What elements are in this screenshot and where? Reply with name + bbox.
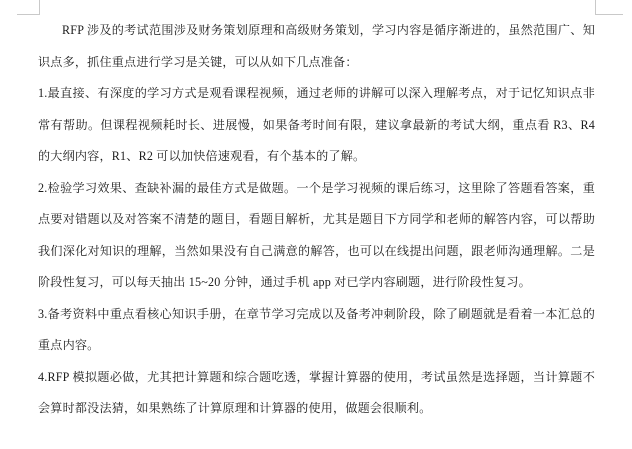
document-page: RFP 涉及的考试范围涉及财务策划原理和高级财务策划，学习内容是循序渐进的，虽然… — [0, 0, 632, 449]
crop-mark-top-right-icon — [595, 0, 623, 15]
paragraph-point-1: 1.最直接、有深度的学习方式是观看课程视频，通过老师的讲解可以深入理解考点，对于… — [38, 78, 595, 173]
document-body: RFP 涉及的考试范围涉及财务策划原理和高级财务策划，学习内容是循序渐进的，虽然… — [38, 15, 595, 425]
paragraph-point-4: 4.RFP 模拟题必做，尤其把计算题和综合题吃透，掌握计算器的使用，考试虽然是选… — [38, 362, 595, 425]
paragraph-intro: RFP 涉及的考试范围涉及财务策划原理和高级财务策划，学习内容是循序渐进的，虽然… — [38, 15, 595, 78]
paragraph-point-3: 3.备考资料中重点看核心知识手册，在章节学习完成以及备考冲刺阶段，除了刷题就是看… — [38, 299, 595, 362]
crop-mark-top-left-icon — [17, 0, 40, 15]
paragraph-point-2: 2.检验学习效果、查缺补漏的最佳方式是做题。一个是学习视频的课后练习，这里除了答… — [38, 173, 595, 299]
